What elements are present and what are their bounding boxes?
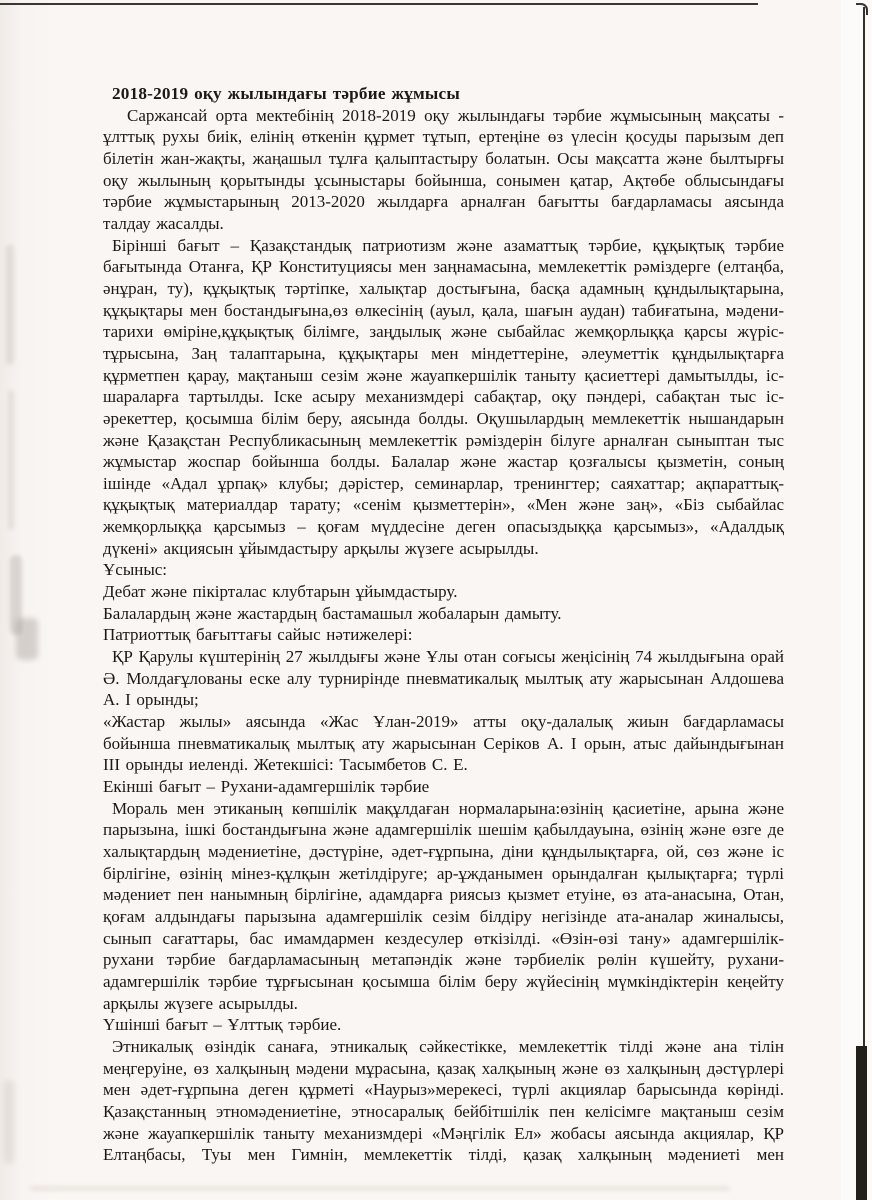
paragraph-suggestion-heading: Ұсыныс: xyxy=(103,559,784,581)
scan-smudge xyxy=(6,245,14,365)
paragraph-third-direction-heading: Үшінші бағыт – Ұлттық тәрбие. xyxy=(103,1014,784,1036)
paragraph-suggestion-2: Балалардың және жастардың бастамашыл жоб… xyxy=(103,603,784,625)
scan-smudge xyxy=(8,390,14,530)
scan-smudge xyxy=(16,618,38,660)
scan-edge-right-line xyxy=(863,7,865,1200)
document-title: 2018-2019 оқу жылындағы тәрбие жұмысы xyxy=(103,83,784,105)
paragraph-first-direction: Бірінші бағыт – Қазақстандық патриотизм … xyxy=(103,235,784,560)
scan-smudge xyxy=(30,1186,730,1191)
scan-smudge xyxy=(4,1080,14,1164)
scan-edge-right-shadow xyxy=(856,1046,867,1200)
paragraph-results-heading: Патриоттық бағыттағы сайыс нәтижелері: xyxy=(103,624,784,646)
document-body: 2018-2019 оқу жылындағы тәрбие жұмысы Са… xyxy=(103,83,784,1166)
scan-edge-top-line xyxy=(0,3,758,5)
paper-corner-top-right xyxy=(856,3,868,15)
paragraph-second-direction-heading: Екінші бағыт – Рухани-адамгершілік тәрби… xyxy=(103,776,784,798)
paragraph-result-1: ҚР Қарулы күштерінің 27 жылдығы және Ұлы… xyxy=(103,646,784,711)
paragraph-result-2: «Жастар жылы» аясында «Жас Ұлан-2019» ат… xyxy=(103,711,784,776)
paragraph-intro: Саржансай орта мектебінің 2018-2019 оқу … xyxy=(103,105,784,235)
paragraph-third-direction: Этникалық өзіндік санаға, этникалық сәйк… xyxy=(103,1036,784,1166)
scan-right-margin-strip xyxy=(841,0,872,1200)
paragraph-suggestion-1: Дебат және пікірталас клубтарын ұйымдаст… xyxy=(103,581,784,603)
scan-smudge xyxy=(10,555,22,635)
paragraph-second-direction: Мораль мен этиканың көпшілік мақұлдаған … xyxy=(103,798,784,1015)
